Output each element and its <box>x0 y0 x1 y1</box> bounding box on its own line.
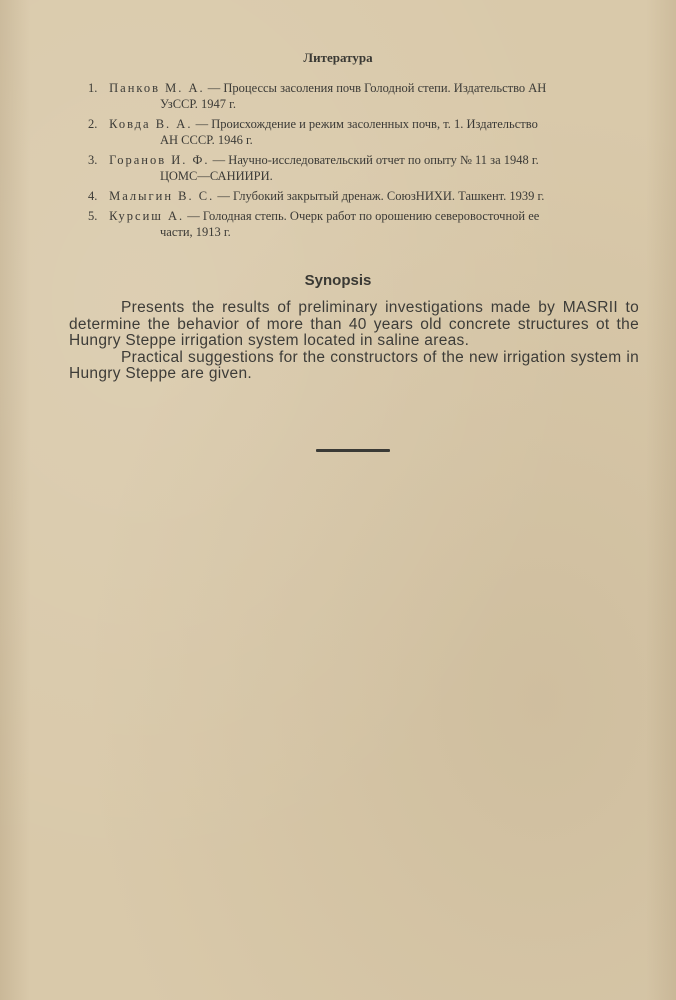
reference-list: 1. Панков М. А. — Процессы засоления поч… <box>88 80 648 244</box>
reference-author: Малыгин В. С. <box>109 189 214 203</box>
reference-number: 3. <box>88 152 106 168</box>
document-page: Литература 1. Панков М. А. — Процессы за… <box>0 0 676 1000</box>
reference-number: 4. <box>88 188 106 204</box>
reference-item: 1. Панков М. А. — Процессы засоления поч… <box>88 80 648 112</box>
reference-author: Ковда В. А. <box>109 117 192 131</box>
reference-number: 1. <box>88 80 106 96</box>
synopsis-paragraph: Practical suggestions for the constructo… <box>69 350 639 383</box>
reference-text: — Глубокий закрытый дренаж. СоюзНИХИ. Та… <box>217 189 544 203</box>
synopsis-heading: Synopsis <box>0 272 676 289</box>
reference-continuation: УзССР. 1947 г. <box>88 96 648 112</box>
reference-text: — Процессы засоления почв Голодной степи… <box>208 81 547 95</box>
reference-continuation: части, 1913 г. <box>88 224 648 240</box>
literature-heading: Литература <box>0 50 676 66</box>
reference-item: 3. Горанов И. Ф. — Научно-исследовательс… <box>88 152 648 184</box>
reference-continuation: ЦОМС—САНИИРИ. <box>88 168 648 184</box>
reference-author: Горанов И. Ф. <box>109 153 209 167</box>
reference-number: 5. <box>88 208 106 224</box>
reference-text: — Научно-исследовательский отчет по опыт… <box>213 153 539 167</box>
reference-text: — Происхождение и режим засоленных почв,… <box>196 117 538 131</box>
reference-item: 5. Курсиш А. — Голодная степь. Очерк раб… <box>88 208 648 240</box>
reference-author: Панков М. А. <box>109 81 205 95</box>
synopsis-body: Presents the results of preliminary inve… <box>69 300 639 383</box>
reference-continuation: АН СССР. 1946 г. <box>88 132 648 148</box>
reference-text: — Голодная степь. Очерк работ по орошени… <box>187 209 539 223</box>
reference-item: 2. Ковда В. А. — Происхождение и режим з… <box>88 116 648 148</box>
reference-number: 2. <box>88 116 106 132</box>
reference-author: Курсиш А. <box>109 209 184 223</box>
synopsis-paragraph: Presents the results of preliminary inve… <box>69 300 639 350</box>
section-divider-rule <box>316 449 390 452</box>
reference-item: 4. Малыгин В. С. — Глубокий закрытый дре… <box>88 188 648 204</box>
